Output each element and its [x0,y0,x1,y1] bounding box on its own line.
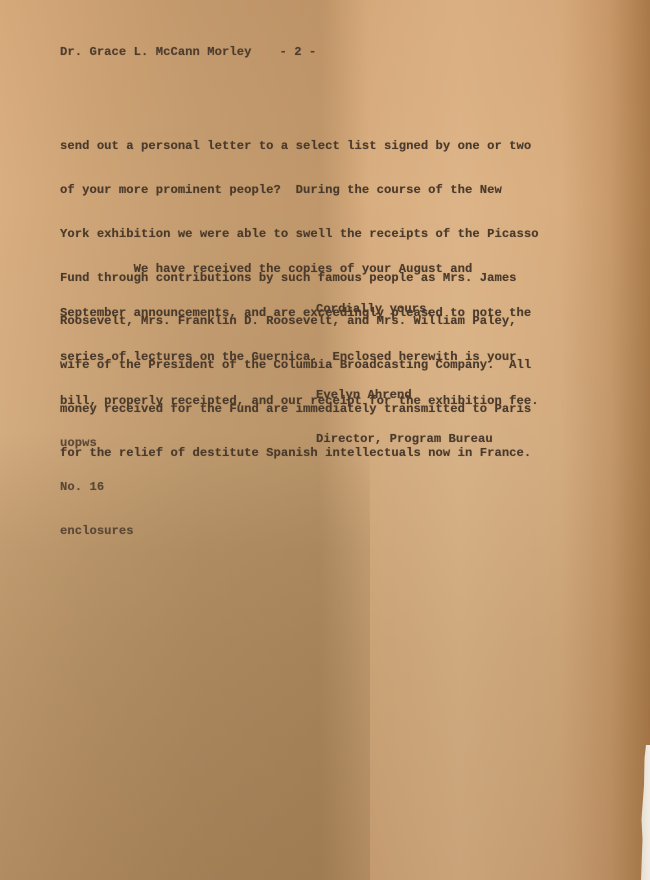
paragraph-line: We have received the copies of your Augu… [60,262,539,277]
paragraph-line: of your more prominent people? During th… [60,183,539,198]
signer-title: Director, Program Bureau [316,432,493,447]
closing-salutation: Cordially yours, [316,302,434,317]
enclosures-note: enclosures [60,524,134,539]
reference-block: uopws No. 16 enclosures [60,407,134,553]
recipient-name: Dr. Grace L. McCann Morley [60,45,251,59]
reference-number: No. 16 [60,480,134,495]
letter-header: Dr. Grace L. McCann Morley- 2 - [60,45,316,60]
page-number: - 2 - [279,45,316,59]
paragraph-line: September announcements, and are exceedi… [60,306,539,321]
signer-name: Evelyn Ahrend [316,388,493,403]
signature-block: Evelyn Ahrend Director, Program Bureau [316,359,493,461]
typist-initials: uopws [60,436,134,451]
paragraph-line: send out a personal letter to a select l… [60,139,539,154]
